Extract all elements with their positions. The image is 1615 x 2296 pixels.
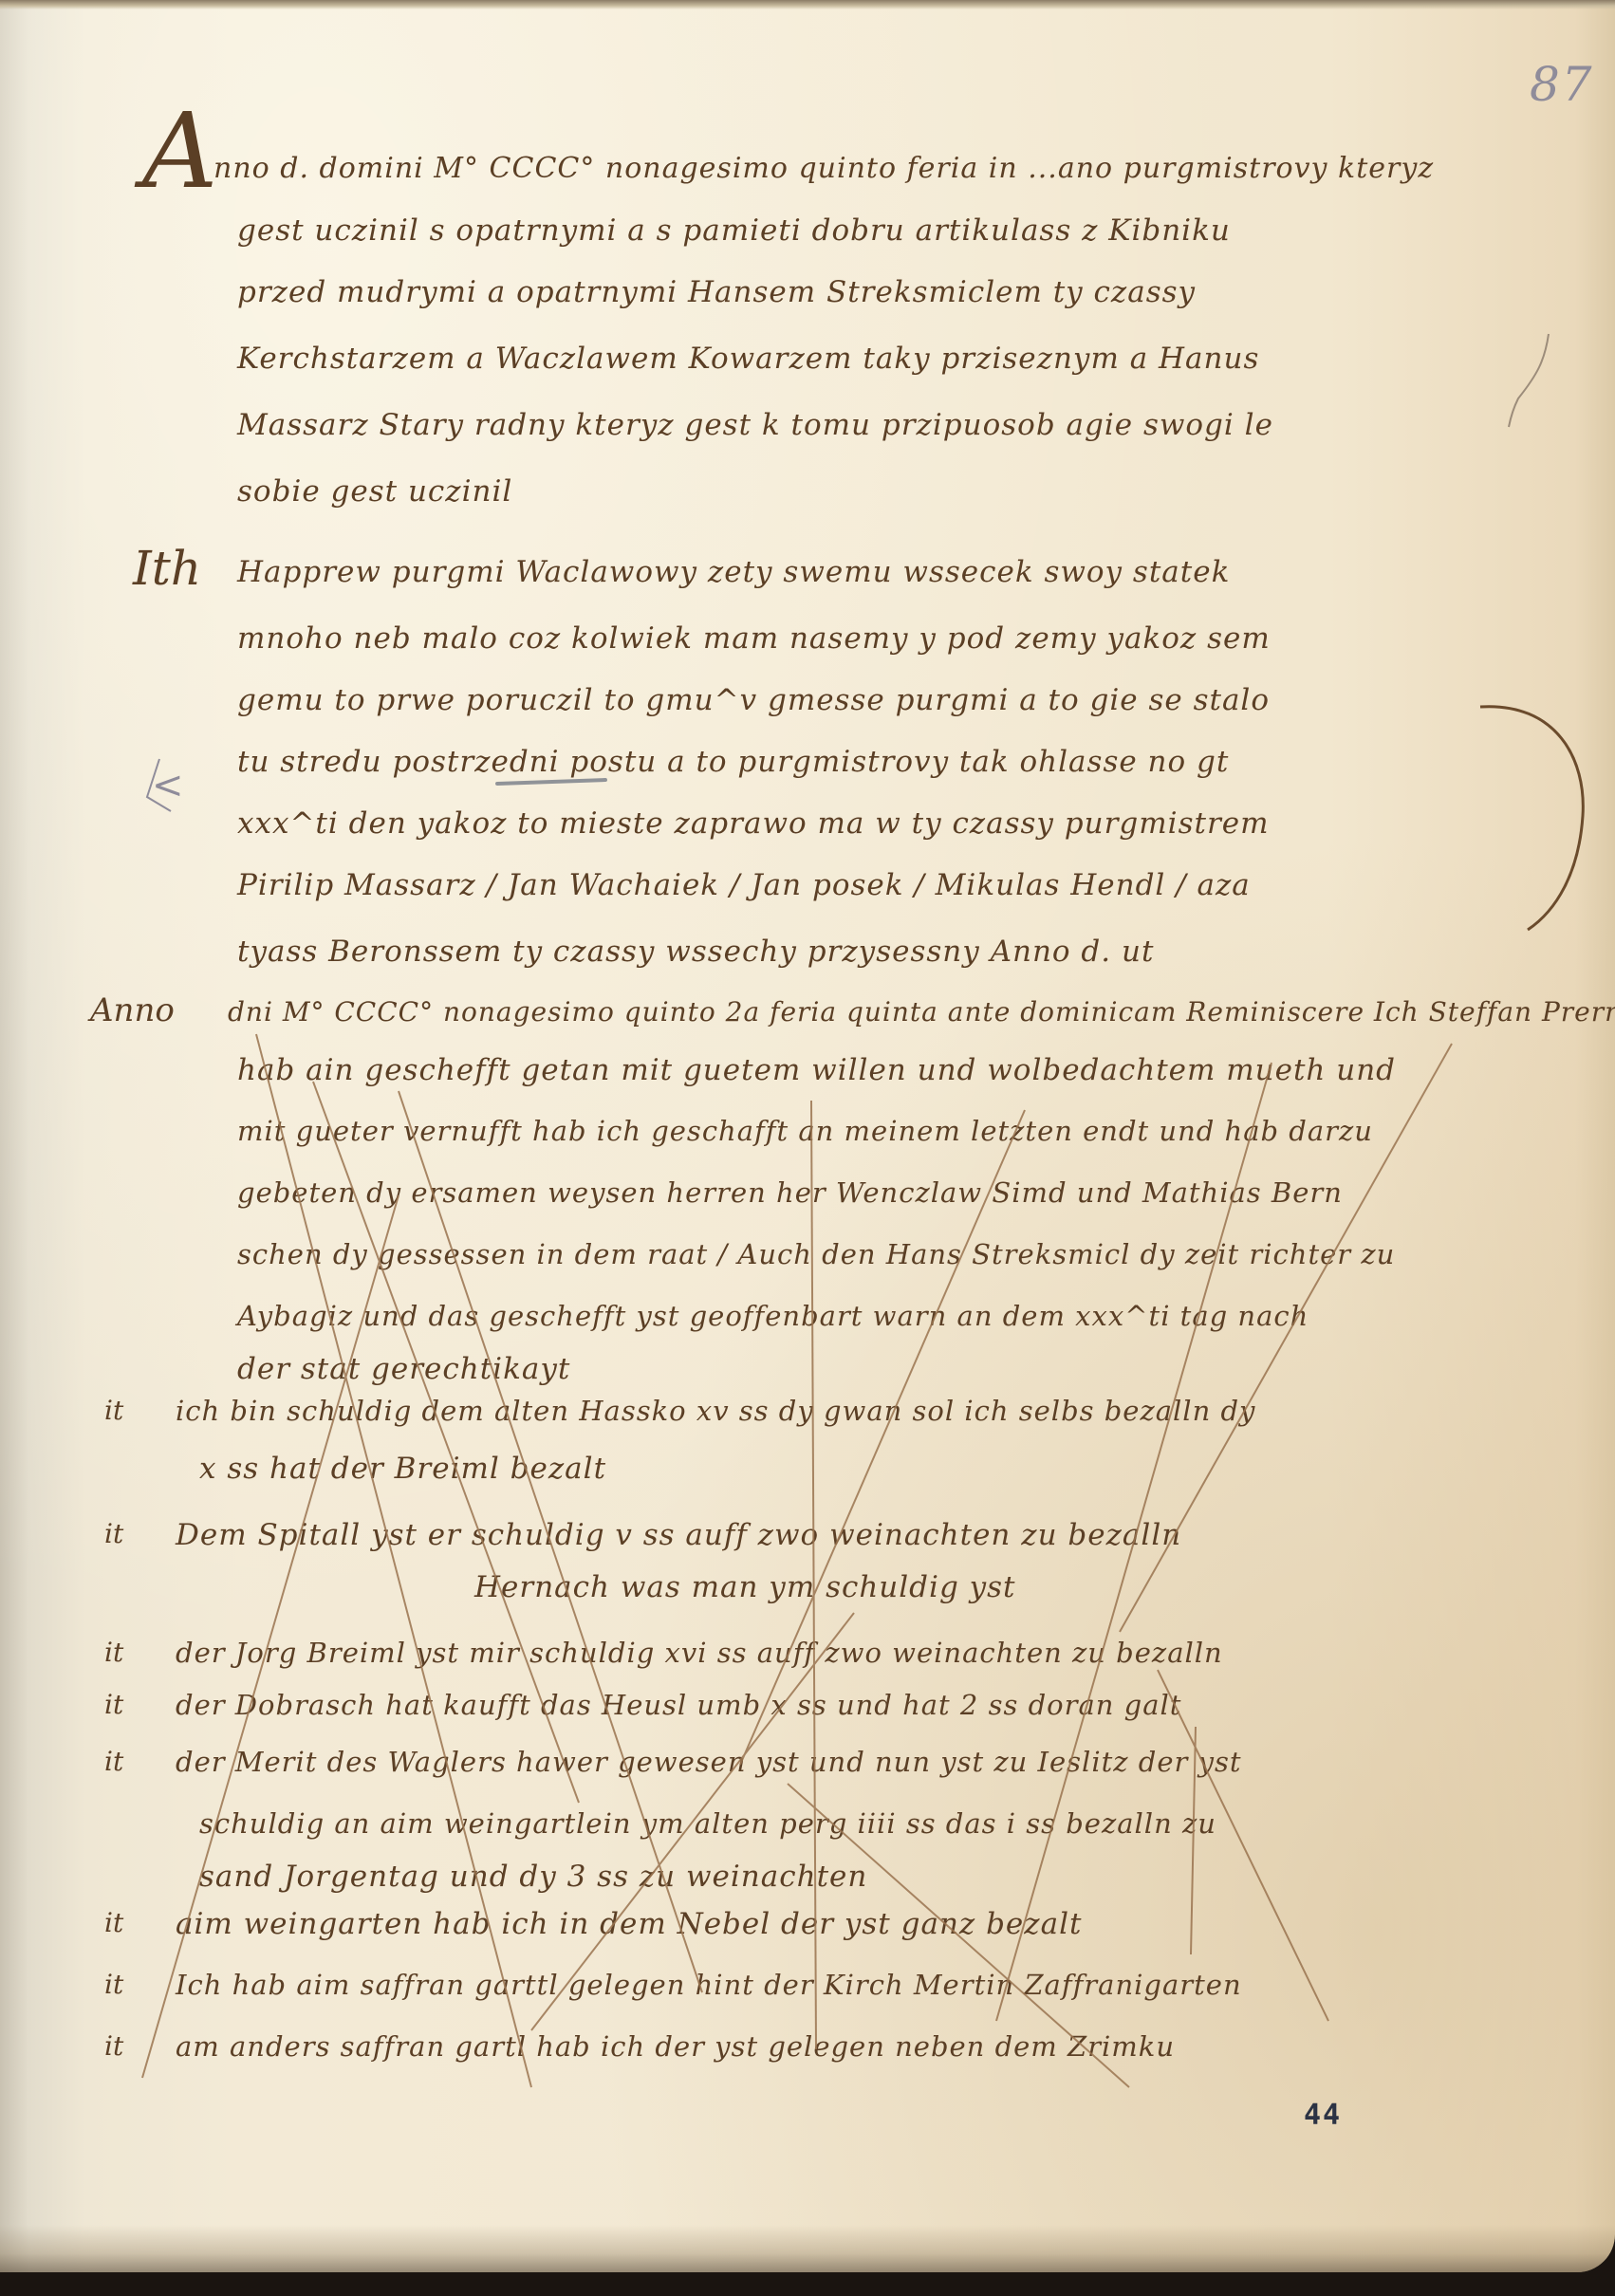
item-2-marker: it xyxy=(104,1518,123,1549)
item-3-text: der Jorg Breiml yst mir schuldig xvi ss … xyxy=(176,1637,1223,1669)
section-heading: Hernach was man ym schuldig yst xyxy=(474,1570,1016,1604)
entry-1-line-6: sobie gest uczinil xyxy=(237,474,512,509)
item-3-marker: it xyxy=(104,1637,123,1668)
item-4-text: der Dobrasch hat kaufft das Heusl umb x … xyxy=(176,1689,1181,1721)
item-8-text: am anders saffran gartl hab ich der yst … xyxy=(176,2030,1175,2063)
entry-1-line-3: przed mudrymi a opatrnymi Hansem Streksm… xyxy=(237,275,1196,309)
entry-3-line-1: dni M° CCCC° nonagesimo quinto 2a feria … xyxy=(228,996,1615,1028)
item-1-text: ich bin schuldig dem alten Hassko xv ss … xyxy=(176,1395,1255,1427)
entry-1-initial: A xyxy=(142,90,217,212)
item-5-marker: it xyxy=(104,1746,123,1777)
entry-2-line-4: tu stredu postrzedni postu a to purgmist… xyxy=(237,745,1229,779)
entry-1-line-5: Massarz Stary radny kteryz gest k tomu p… xyxy=(237,408,1273,442)
entry-1-line-2: gest uczinil s opatrnymi a s pamieti dob… xyxy=(237,213,1231,248)
folio-number: 87 xyxy=(1530,57,1594,112)
entry-1-line-1: nno d. domini M° CCCC° nonagesimo quinto… xyxy=(213,152,1434,185)
stamp-number: 44 xyxy=(1304,2099,1342,2132)
item-6-text: aim weingarten hab ich in dem Nebel der … xyxy=(176,1907,1082,1941)
entry-3-line-4: gebeten dy ersamen weysen herren her Wen… xyxy=(237,1176,1343,1209)
item-7-text: Ich hab aim saffran garttl gelegen hint … xyxy=(176,1969,1242,2001)
item-7-marker: it xyxy=(104,1969,123,2000)
item-1-continuation: x ss hat der Breiml bezalt xyxy=(199,1452,606,1486)
entry-3-initial: Anno xyxy=(90,991,175,1029)
entry-3-line-3: mit gueter vernufft hab ich geschafft an… xyxy=(237,1115,1373,1147)
entry-1-line-4: Kerchstarzem a Waczlawem Kowarzem taky p… xyxy=(237,342,1259,376)
page-top-edge xyxy=(0,0,1615,9)
entry-3-line-5: schen dy gessessen in dem raat / Auch de… xyxy=(237,1238,1395,1270)
item-5-continuation: schuldig an aim weingartlein ym alten pe… xyxy=(199,1807,1216,1840)
entry-2-line-7: tyass Beronssem ty czassy wssechy przyse… xyxy=(237,935,1154,969)
entry-3-line-2: hab ain geschefft getan mit guetem wille… xyxy=(237,1053,1396,1087)
item-8-marker: it xyxy=(104,2030,123,2062)
entry-2-initial: Ith xyxy=(133,541,201,596)
entry-2-line-1: Happrew purgmi Waclawowy zety swemu wsse… xyxy=(237,555,1230,589)
item-6-marker: it xyxy=(104,1907,123,1938)
entry-2-line-3: gemu to prwe poruczil to gmu^v gmesse pu… xyxy=(237,683,1270,717)
item-5-continuation-2: sand Jorgentag und dy 3 ss zu weinachten xyxy=(199,1860,867,1894)
entry-2-line-6: Pirilip Massarz / Jan Wachaiek / Jan pos… xyxy=(237,868,1251,902)
item-5-text: der Merit des Waglers hawer gewesen yst … xyxy=(176,1746,1242,1778)
item-1-marker: it xyxy=(104,1395,123,1426)
item-4-marker: it xyxy=(104,1689,123,1720)
entry-2-line-5: xxx^ti den yakoz to mieste zaprawo ma w … xyxy=(237,806,1270,841)
entry-3-line-6: Aybagiz und das geschefft yst geoffenbar… xyxy=(237,1300,1309,1332)
margin-arrow-mark: < xyxy=(152,764,184,807)
entry-2-line-2: mnoho neb malo coz kolwiek mam nasemy y … xyxy=(237,621,1271,656)
entry-3-line-7: der stat gerechtikayt xyxy=(237,1352,570,1386)
item-2-text: Dem Spitall yst er schuldig v ss auff zw… xyxy=(176,1518,1181,1552)
